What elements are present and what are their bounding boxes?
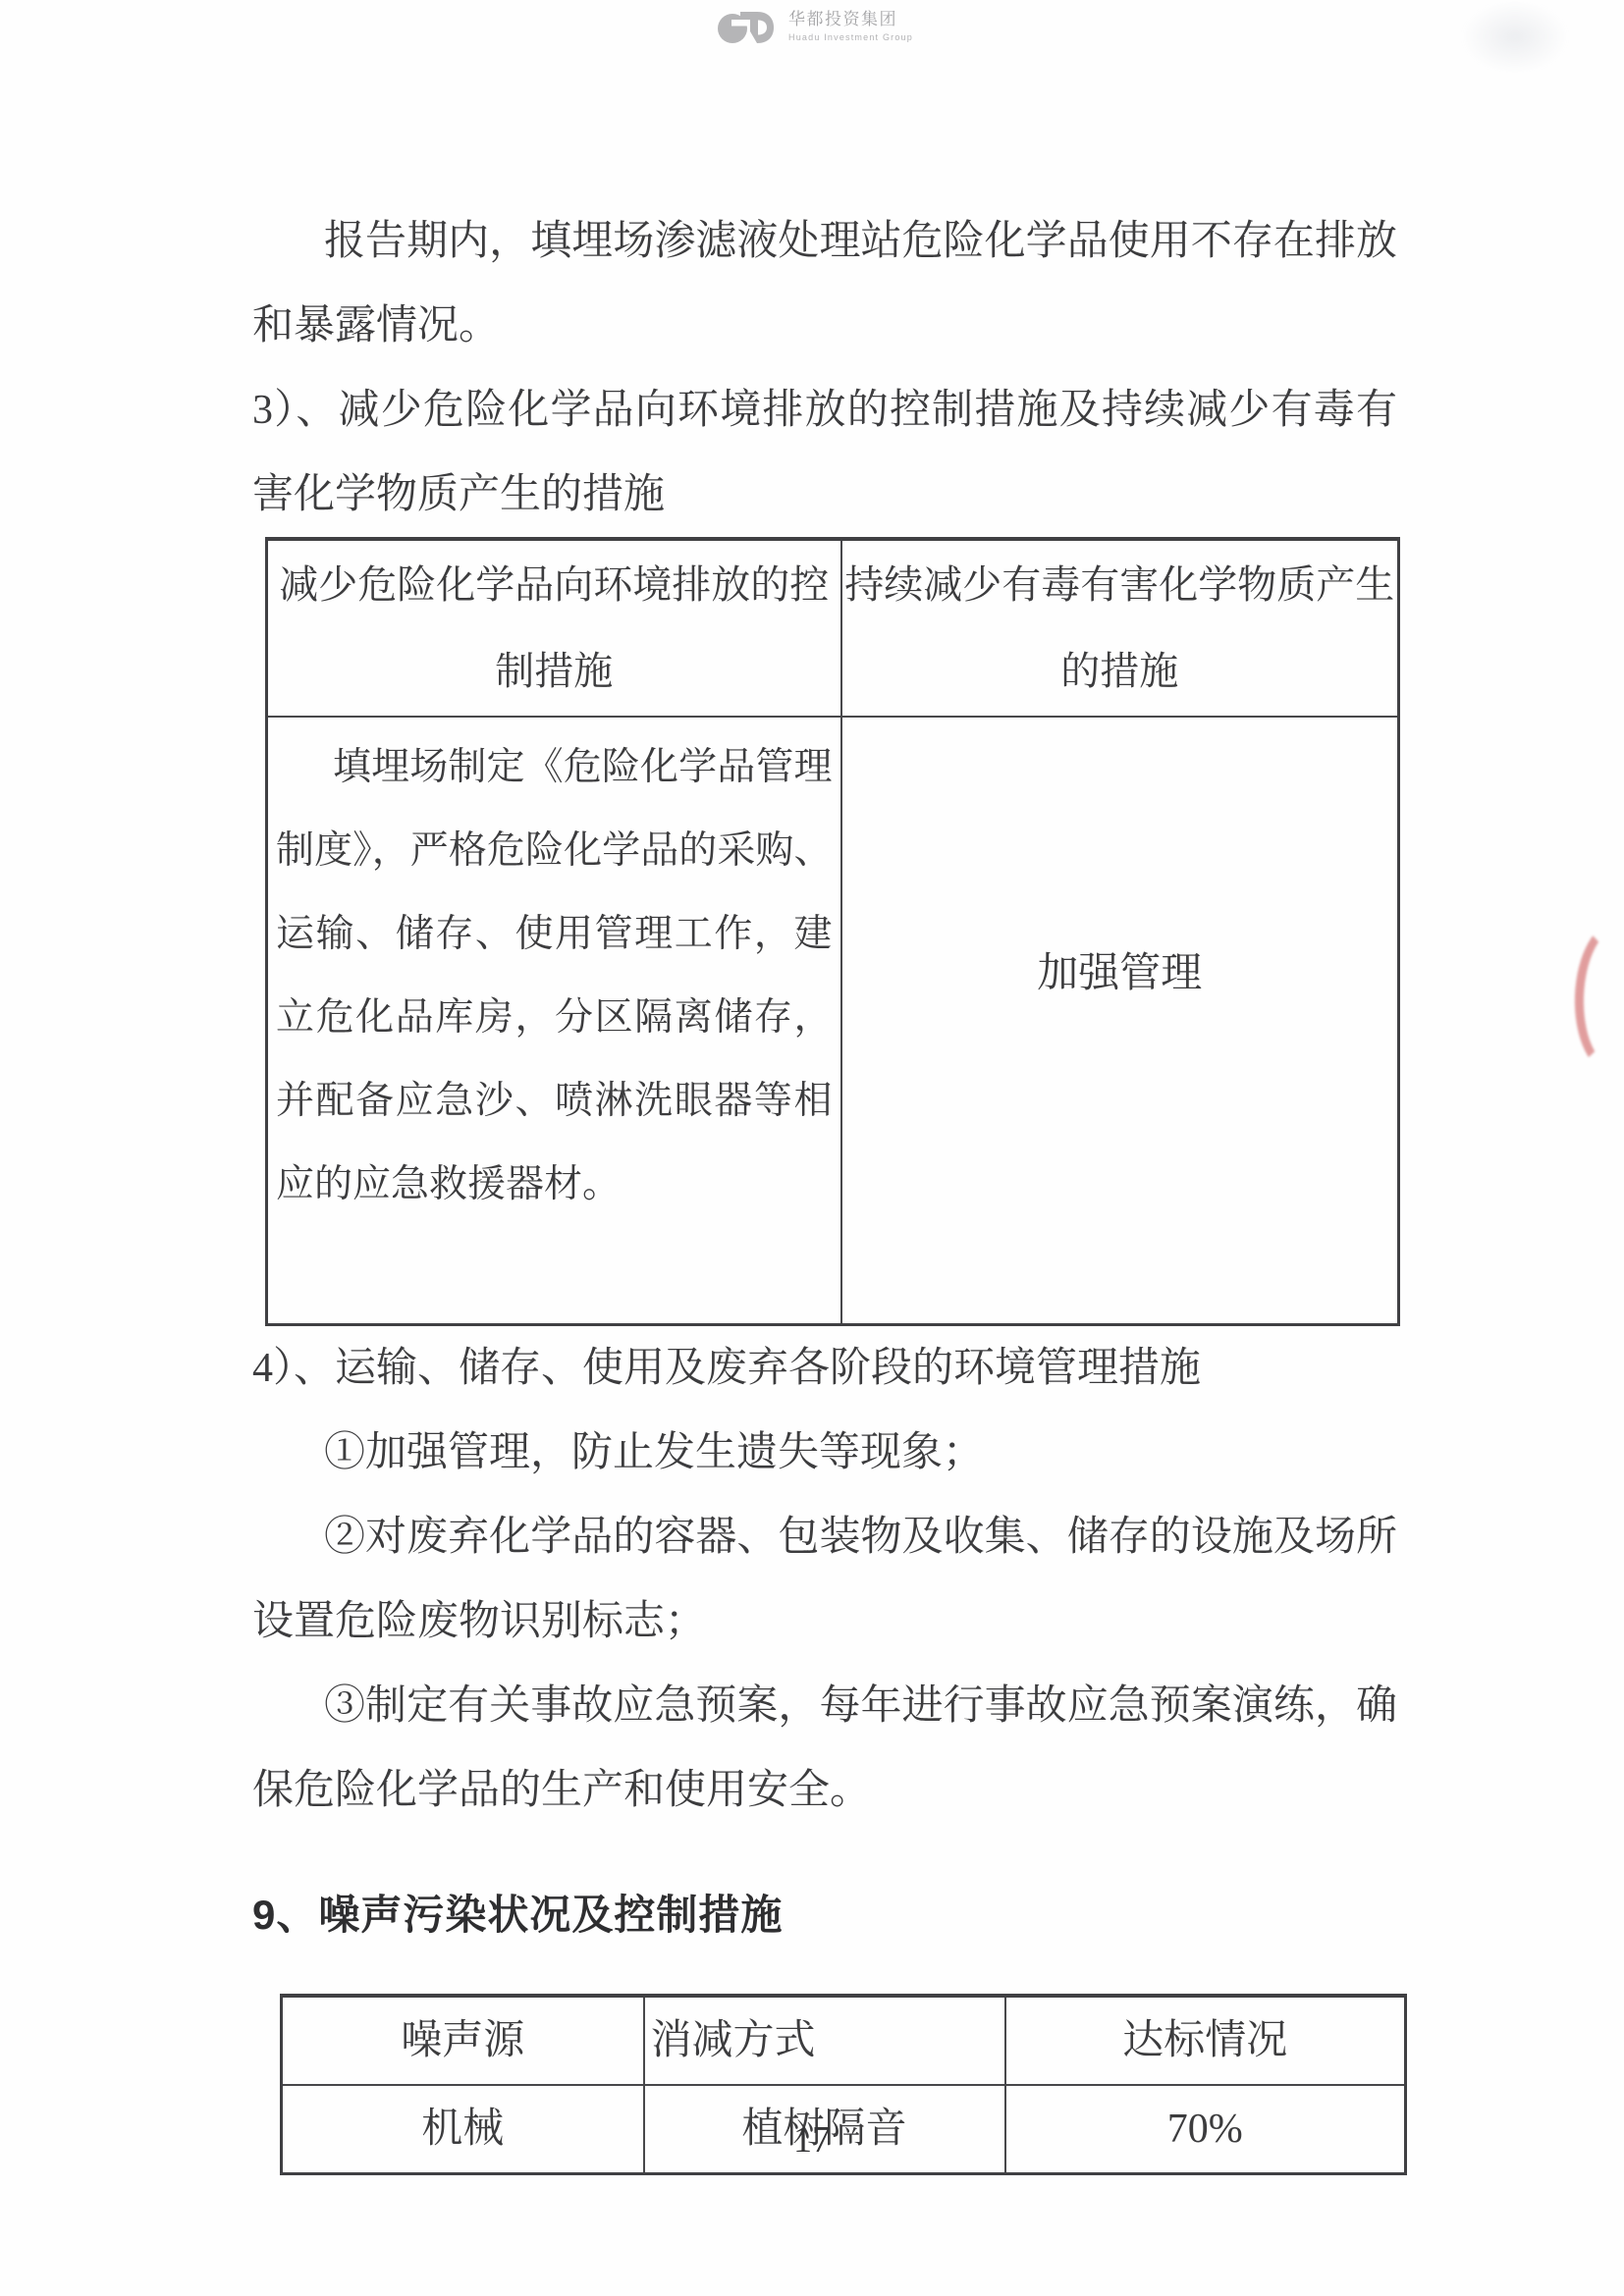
table1-cell-control-measures: 填埋场制定《危险化学品管理制度》，严格危险化学品的采购、运输、储存、使用管理工作… (267, 717, 841, 1325)
section-9-heading: 9、噪声污染状况及控制措施 (252, 1873, 1397, 1957)
red-stamp-edge-mark (1572, 920, 1624, 1076)
hazardous-chemicals-measures-table: 减少危险化学品向环境排放的控制措施 持续减少有毒有害化学物质产生的措施 填埋场制… (265, 537, 1400, 1326)
table-row: 填埋场制定《危险化学品管理制度》，严格危险化学品的采购、运输、储存、使用管理工作… (267, 717, 1399, 1325)
table2-header-reduction-method: 消减方式 (644, 1996, 1005, 2085)
logo-company-name-cn: 华都投资集团 (788, 11, 913, 28)
logo-company-name-en: Huadu Investment Group (788, 32, 913, 42)
page-number: 17 (0, 2118, 1624, 2162)
document-page: 华都投资集团 Huadu Investment Group 报告期内，填埋场渗滤… (0, 0, 1624, 2296)
table1-cell-strengthen-management: 加强管理 (841, 717, 1399, 1325)
table2-header-compliance-status: 达标情况 (1005, 1996, 1406, 2085)
paragraph-measure-3: ③制定有关事故应急预案，每年进行事故应急预案演练，确保危险化学品的生产和使用安全… (252, 1664, 1397, 1833)
huadu-logo-icon (718, 12, 774, 43)
paragraph-item3-title: 3）、减少危险化学品向环境排放的控制措施及持续减少有毒有害化学物质产生的措施 (252, 368, 1397, 537)
paragraph-measure-2: ②对废弃化学品的容器、包装物及收集、储存的设施及场所设置危险废物识别标志； (252, 1495, 1397, 1664)
table1-header-emission-control: 减少危险化学品向环境排放的控制措施 (267, 539, 841, 717)
paragraph-report-period: 报告期内，填埋场渗滤液处理站危险化学品使用不存在排放和暴露情况。 (252, 199, 1397, 368)
logo-text-block: 华都投资集团 Huadu Investment Group (788, 11, 913, 42)
document-body: 报告期内，填埋场渗滤液处理站危险化学品使用不存在排放和暴露情况。 3）、减少危险… (252, 199, 1397, 2175)
table2-header-noise-source: 噪声源 (282, 1996, 644, 2085)
huadu-logo: 华都投资集团 Huadu Investment Group (718, 11, 913, 43)
table-header-row: 噪声源 消减方式 达标情况 (282, 1996, 1406, 2085)
paragraph-measure-1: ①加强管理，防止发生遗失等现象； (252, 1411, 1397, 1495)
table1-header-toxic-reduction: 持续减少有毒有害化学物质产生的措施 (841, 539, 1399, 717)
paragraph-item4-title: 4）、运输、储存、使用及废弃各阶段的环境管理措施 (252, 1326, 1397, 1411)
table-header-row: 减少危险化学品向环境排放的控制措施 持续减少有毒有害化学物质产生的措施 (267, 539, 1399, 717)
scan-smudge-artifact (1461, 0, 1569, 74)
